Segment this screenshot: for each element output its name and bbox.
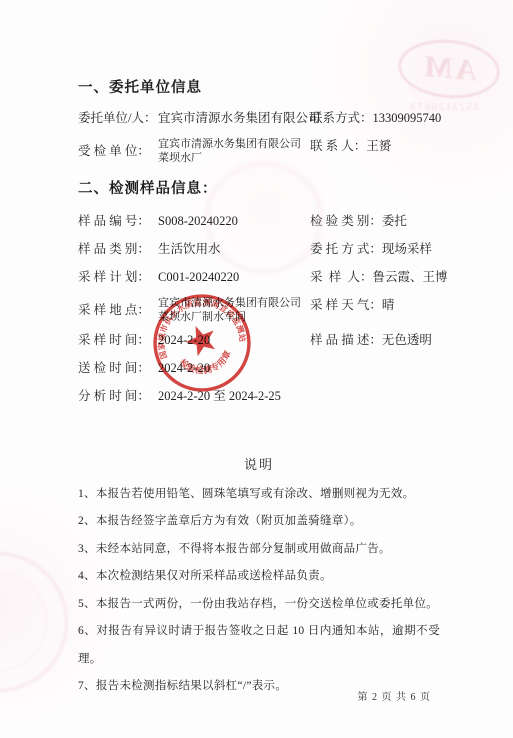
sampling-plan-label: 采 样 计 划： [78,269,158,286]
inspected-unit-line2: 菜坝水厂 [158,152,202,164]
sampling-plan-value: C001-20240220 [158,269,239,286]
note-item-1: 1、本报告若使用铅笔、圆珠笔填写或有涂改、增删则视为无效。 [78,481,440,509]
inspection-type-label: 检 验 类 别： [310,213,382,230]
info-row-client: 委托单位/人： 宜宾市清源水务集团有限公司 联系方式： 13309095740 [78,110,455,127]
notes-title: 说明 [78,451,440,479]
info-row-inspected-unit: 受 检 单 位： 宜宾市清源水务集团有限公司菜坝水厂 联 系 人： 王赟 [78,138,455,165]
info-row-sampling-time: 采 样 时 间： 2024-2-20 样 品 描 述： 无色透明 [78,332,455,349]
sampling-site-line1: 宜宾市清源水务集团有限公司 [158,297,301,309]
sample-description-label: 样 品 描 述： [310,332,382,349]
sampling-site-line2: 菜坝水厂制水车间 [158,311,246,323]
note-item-3: 3、未经本站同意，不得将本报告部分复制或用做商品广告。 [78,536,440,564]
document-body: 一、委托单位信息 委托单位/人： 宜宾市清源水务集团有限公司 联系方式： 133… [78,76,455,701]
info-row-delivery-time: 送 检 时 间： 2024-2-20 [78,360,455,377]
client-value: 宜宾市清源水务集团有限公司 [158,110,321,127]
sample-category-value: 生活饮用水 [158,241,221,258]
analysis-time-value: 2024-2-20 至 2024-2-25 [158,388,281,405]
info-row-sample-category: 样 品 类 别： 生活饮用水 委 托 方 式： 现场采样 [78,241,455,258]
note-item-4: 4、本次检测结果仅对所采样品或送检样品负责。 [78,563,440,591]
sample-no-label: 样 品 编 号： [78,213,158,230]
delivery-time-value: 2024-2-20 [158,360,210,377]
sampling-weather-label: 采 样 天 气： [310,297,382,314]
commission-mode-label: 委 托 方 式： [310,241,382,258]
sample-description-value: 无色透明 [382,332,432,349]
report-page: AM 3523120073 一、委托单位信息 委托单位/人： 宜宾市清源水务集团… [0,0,513,738]
sample-no-value: S008-20240220 [158,213,238,230]
client-label: 委托单位/人： [78,110,158,127]
info-row-sampling-plan: 采 样 计 划： C001-20240220 采 样 人： 鲁云霞、王博 [78,269,455,286]
note-item-5: 5、本报告一式两份，一份由我站存档，一份交送检单位或委托单位。 [78,591,440,619]
sampling-time-label: 采 样 时 间： [78,332,158,349]
sampler-value: 鲁云霞、王博 [373,269,448,286]
inspected-unit-line1: 宜宾市清源水务集团有限公司 [158,138,301,150]
info-row-analysis-time: 分 析 时 间： 2024-2-20 至 2024-2-25 [78,388,455,405]
delivery-time-label: 送 检 时 间： [78,360,158,377]
info-row-sampling-site: 采 样 地 点： 宜宾市清源水务集团有限公司菜坝水厂制水车间 采 样 天 气： … [78,297,455,324]
analysis-time-label: 分 析 时 间： [78,388,158,405]
sampling-site-label: 采 样 地 点： [78,302,158,319]
contact-method-label: 联系方式： [310,110,373,127]
sampler-label: 采 样 人： [310,269,373,286]
section1-heading: 一、委托单位信息 [78,76,455,97]
info-row-sample-no: 样 品 编 号： S008-20240220 检 验 类 别： 委托 [78,213,455,230]
contact-method-value: 13309095740 [373,110,442,127]
notes-section: 说明 1、本报告若使用铅笔、圆珠笔填写或有涂改、增删则视为无效。 2、本报告经签… [78,451,440,701]
sampling-site-value: 宜宾市清源水务集团有限公司菜坝水厂制水车间 [158,297,301,324]
sampling-weather-value: 晴 [382,297,395,314]
contact-person-value: 王赟 [366,138,391,155]
page-number: 第 2 页 共 6 页 [358,688,432,703]
note-item-2: 2、本报告经签字盖章后方为有效（附页加盖骑缝章）。 [78,508,440,536]
sample-category-label: 样 品 类 别： [78,241,158,258]
inspected-unit-value: 宜宾市清源水务集团有限公司菜坝水厂 [158,138,301,165]
note-item-6: 6、对报告有异议时请于报告签收之日起 10 日内通知本站，逾期不受理。 [78,618,440,673]
inspected-unit-label: 受 检 单 位： [78,143,158,160]
commission-mode-value: 现场采样 [382,241,432,258]
contact-person-label: 联 系 人： [310,138,366,155]
bleed-through-ring-left [0,552,68,692]
sampling-time-value: 2024-2-20 [158,332,210,349]
inspection-type-value: 委托 [382,213,407,230]
section2-heading: 二、检测样品信息： [78,177,455,198]
